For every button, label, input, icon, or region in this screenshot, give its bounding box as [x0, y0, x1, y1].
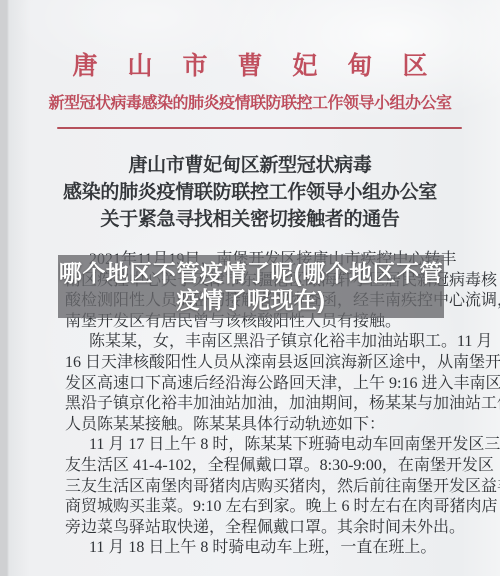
paragraph-2-line: 黑沿子镇京化裕丰加油站加油，加油期间，杨某某与加油站工作 [65, 394, 479, 415]
caption-line-1: 哪个地区不管疫情了呢(哪个地区不管 [59, 260, 443, 287]
paragraph-4-line: 11 月 18 日上午 8 时骑电动车上班，一直在班上。 [65, 538, 479, 559]
document-title-line-1: 唐山市曹妃甸区新型冠状病毒 [0, 152, 500, 179]
paragraph-3-line: 旁边菜鸟驿站取快递，全程佩戴口罩。其余时间未外出。 [65, 518, 479, 539]
letterhead-district-name: 唐山市曹妃甸区 [0, 46, 500, 82]
letterhead-office-name: 新型冠状病毒感染的肺炎疫情联防联控工作领导小组办公室 [0, 90, 500, 113]
paragraph-3-line: 11 月 17 日上午 8 时，陈某某下班骑电动车回南堡开发区三 [65, 435, 479, 456]
document-title-line-2: 感染的肺炎疫情联防联控工作领导小组办公室 [0, 179, 500, 206]
document-title-line-3: 关于紧急寻找相关密切接触者的通告 [0, 206, 500, 233]
caption-line-2: 疫情了呢现在) [176, 287, 325, 314]
letterhead: 唐山市曹妃甸区 新型冠状病毒感染的肺炎疫情联防联控工作领导小组办公室 [0, 46, 500, 113]
letterhead-divider-rule [57, 127, 462, 129]
paragraph-2-line: 人员陈某某接触。陈某某具体行动轨迹如下： [65, 415, 479, 436]
scanned-document-page: 唐山市曹妃甸区 新型冠状病毒感染的肺炎疫情联防联控工作领导小组办公室 唐山市曹妃… [0, 0, 500, 576]
paragraph-2-line: 发区高速口下高速后经沿海公路回天津，上午 9:16 进入丰南区 [65, 374, 479, 395]
document-title: 唐山市曹妃甸区新型冠状病毒 感染的肺炎疫情联防联控工作领导小组办公室 关于紧急寻… [0, 152, 500, 233]
paragraph-3-line: 三友生活区南堡肉哥猪肉店购买猪肉，然后前往南堡开发区益丰 [65, 477, 479, 498]
paragraph-3-line: 友生活区 41-4-102，全程佩戴口罩。8:30-9:00，在南堡开发区 [65, 456, 479, 477]
paragraph-3-line: 商贸城购买韭菜。9:10 左右到家。晚上 6 时左右在肉哥猪肉店 [65, 497, 479, 518]
video-caption-overlay: 哪个地区不管疫情了呢(哪个地区不管 疫情了呢现在) [58, 255, 444, 318]
paragraph-2-line: 16 日天津核酸阳性人员从滦南县返回滨海新区途中，从南堡开 [65, 353, 479, 374]
paragraph-2-line: 陈某某，女，丰南区黑沿子镇京化裕丰加油站职工。11 月 [65, 332, 479, 353]
